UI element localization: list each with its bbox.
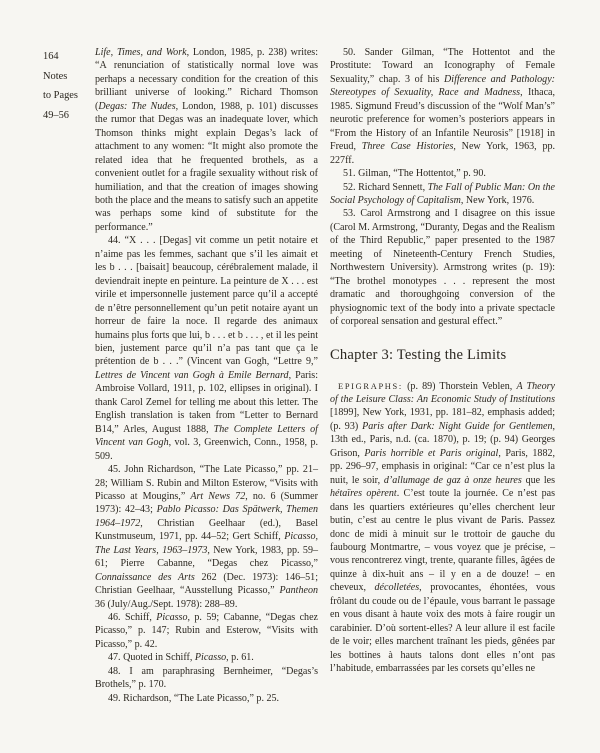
italic-text-run: Degas: The Nudes — [98, 101, 175, 112]
note-48: 48. I am paraphrasing Bernheimer, “Degas… — [95, 665, 318, 692]
left-column: Life, Times, and Work, London, 1985, p. … — [95, 46, 318, 705]
book-page: 164 Notes to Pages 49–56 Life, Times, an… — [0, 0, 600, 753]
text-run: 36 (July/Aug./Sept. 1978): 288–89. — [95, 599, 237, 610]
italic-text-run: Connaissance des Arts — [95, 572, 195, 583]
text-run: 47. Quoted in Schiff, — [108, 652, 195, 663]
note-49: 49. Richardson, “The Late Picasso,” p. 2… — [95, 692, 318, 705]
text-run: 46. Schiff, — [108, 612, 156, 623]
epigraphs-label: EPIGRAPHS: — [338, 382, 403, 391]
text-run: 44. “X . . . [Degas] vit comme un petit … — [95, 235, 318, 367]
italic-text-run: d’allumage de gaz à onze heures — [384, 475, 522, 486]
text-run: , New York, 1976. — [461, 195, 534, 206]
note-45: 45. John Richardson, “The Late Picasso,”… — [95, 463, 318, 611]
text-run: (p. 89) Thorstein Veblen, — [403, 381, 517, 392]
italic-text-run: Picasso — [195, 652, 226, 663]
text-run: que les — [522, 475, 555, 486]
running-head-line: Notes — [43, 67, 93, 87]
text-run: 53. Carol Armstrong and I disagree on th… — [330, 208, 555, 327]
note-44: 44. “X . . . [Degas] vit comme un petit … — [95, 234, 318, 463]
italic-text-run: Paris after Dark: Night Guide for Gentle… — [362, 421, 552, 432]
epigraphs-note: EPIGRAPHS: (p. 89) Thorstein Veblen, A T… — [330, 380, 555, 676]
text-run: , London, 1988, p. 101) discusses the ru… — [95, 101, 318, 233]
running-head-line: 49–56 — [43, 106, 93, 126]
italic-text-run: Three Case Histories — [362, 141, 454, 152]
page-number: 164 — [43, 47, 93, 67]
note-50: 50. Sander Gilman, “The Hottentot and th… — [330, 46, 555, 167]
running-head: 164 Notes to Pages 49–56 — [43, 47, 93, 125]
note-52: 52. Richard Sennett, The Fall of Public … — [330, 181, 555, 208]
text-run: , p. 61. — [226, 652, 254, 663]
text-run: 49. Richardson, “The Late Picasso,” p. 2… — [108, 693, 279, 704]
text-run: 51. Gilman, “The Hottentot,” p. 90. — [343, 168, 486, 179]
text-run: 48. I am paraphrasing Bernheimer, “Degas… — [95, 666, 318, 690]
italic-text-run: hétaïres opèrent — [330, 488, 397, 499]
italic-text-run: Art News 72 — [190, 491, 245, 502]
chapter-heading: Chapter 3: Testing the Limits — [330, 346, 555, 364]
right-column: 50. Sander Gilman, “The Hottentot and th… — [330, 46, 555, 675]
text-run: . C’est toute la journée. Ce n’est pas d… — [330, 488, 555, 593]
text-run: , provocantes, éhontées, vous frôlant du… — [330, 582, 555, 674]
note-53: 53. Carol Armstrong and I disagree on th… — [330, 207, 555, 328]
italic-text-run: Pantheon — [279, 585, 318, 596]
italic-text-run: Picasso — [156, 612, 187, 623]
italic-text-run: Paris horrible et Paris original — [364, 448, 498, 459]
note-46: 46. Schiff, Picasso, p. 59; Cabanne, “De… — [95, 611, 318, 651]
running-head-line: to Pages — [43, 86, 93, 106]
italic-text-run: décolletées — [375, 582, 420, 593]
note-47: 47. Quoted in Schiff, Picasso, p. 61. — [95, 651, 318, 664]
text-run: 52. Richard Sennett, — [343, 182, 428, 193]
note-51: 51. Gilman, “The Hottentot,” p. 90. — [330, 167, 555, 180]
italic-text-run: Lettres de Vincent van Gogh à Emile Bern… — [95, 370, 289, 381]
italic-text-run: Life, Times, and Work — [95, 47, 187, 58]
note-43-continuation: Life, Times, and Work, London, 1985, p. … — [95, 46, 318, 234]
